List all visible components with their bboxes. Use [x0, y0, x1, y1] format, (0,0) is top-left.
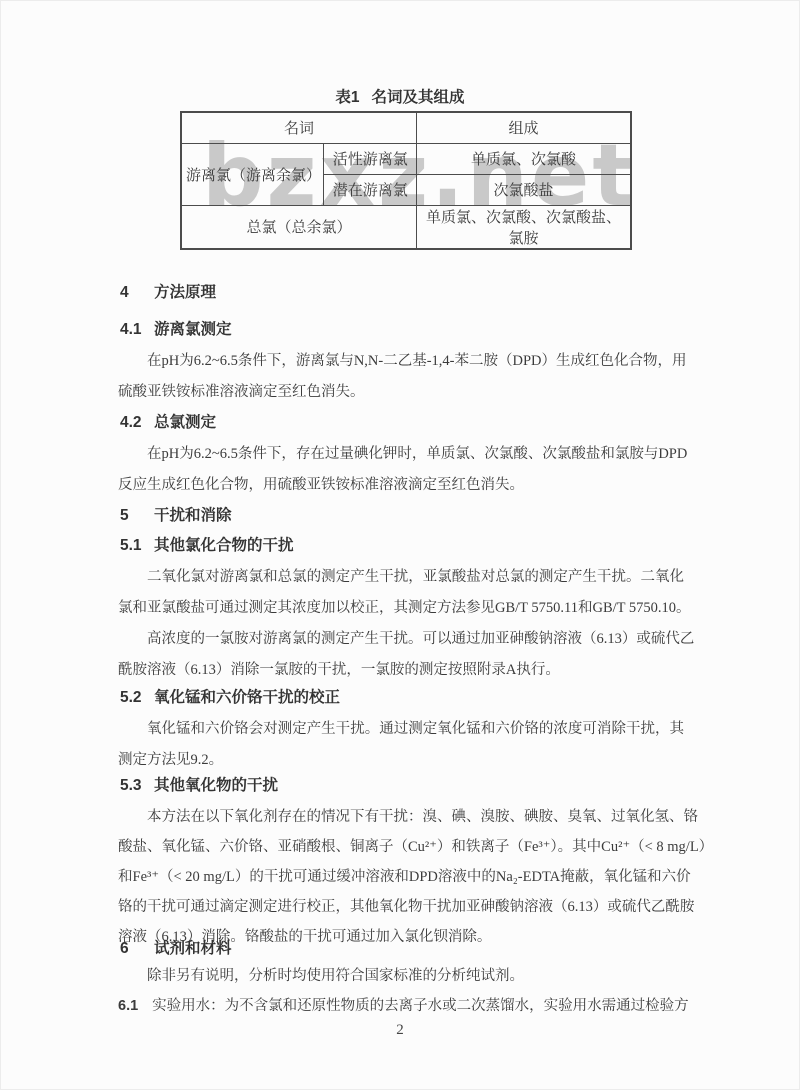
section-number: 4.2 — [120, 412, 146, 434]
cell-potential-free-term: 潜在游离氯 — [324, 174, 417, 205]
text-line: 除非另有说明，分析时均使用符合国家标准的分析纯试剂。 — [118, 961, 684, 992]
cell-total-chlorine-composition: 单质氯、次氯酸、次氯酸盐、氯胺 — [417, 205, 631, 249]
section-heading-4: 4方法原理 — [120, 282, 216, 304]
header-cell-term: 名词 — [181, 112, 417, 143]
text-line: 酰胺溶液（6.13）消除一氯胺的干扰，一氯胺的测定按照附录A执行。 — [118, 655, 684, 686]
paragraph-5-3: 本方法在以下氧化剂存在的情况下有干扰：溴、碘、溴胺、碘胺、臭氧、过氧化氢、铬 酸… — [118, 802, 684, 952]
clause-number: 6.1 — [118, 998, 138, 1014]
section-number: 5.2 — [120, 687, 146, 709]
section-title: 方法原理 — [154, 284, 216, 301]
document-page: bzxz.net 表1名词及其组成 名词 组成 游离氯（游离余氯） 活性游离氯 … — [0, 0, 800, 1090]
paragraph-6-1: 6.1实验用水：为不含氯和还原性物质的去离子水或二次蒸馏水，实验用水需通过检验方 — [118, 991, 684, 1022]
text-line: 反应生成红色化合物，用硫酸亚铁铵标准溶液滴定至红色消失。 — [118, 470, 684, 501]
section-title: 总氯测定 — [154, 414, 216, 431]
paragraph-6-intro: 除非另有说明，分析时均使用符合国家标准的分析纯试剂。 — [118, 961, 684, 992]
clause-text: 实验用水：为不含氯和还原性物质的去离子水或二次蒸馏水，实验用水需通过检验方 — [152, 998, 689, 1014]
text-line: 高浓度的一氯胺对游离氯的测定产生干扰。可以通过加亚砷酸钠溶液（6.13）或硫代乙 — [118, 624, 684, 655]
section-title: 游离氯测定 — [154, 321, 232, 338]
section-heading-6: 6试剂和材料 — [120, 938, 232, 960]
section-number: 6 — [120, 938, 146, 960]
text-line: 在pH为6.2~6.5条件下，游离氯与N,N-二乙基-1,4-苯二胺（DPD）生… — [118, 346, 684, 377]
text-line: 本方法在以下氧化剂存在的情况下有干扰：溴、碘、溴胺、碘胺、臭氧、过氧化氢、铬 — [118, 802, 684, 832]
section-heading-5-3: 5.3其他氧化物的干扰 — [120, 775, 278, 797]
section-heading-5: 5干扰和消除 — [120, 505, 232, 527]
section-title: 干扰和消除 — [154, 507, 232, 524]
paragraph-4-1: 在pH为6.2~6.5条件下，游离氯与N,N-二乙基-1,4-苯二胺（DPD）生… — [118, 346, 684, 408]
paragraph-5-1b: 高浓度的一氯胺对游离氯的测定产生干扰。可以通过加亚砷酸钠溶液（6.13）或硫代乙… — [118, 624, 684, 686]
cell-free-chlorine-group: 游离氯（游离余氯） — [181, 143, 324, 205]
cell-active-free-term: 活性游离氯 — [324, 143, 417, 174]
section-number: 5.3 — [120, 775, 146, 797]
section-number: 4 — [120, 282, 146, 304]
text-line: 氯和亚氯酸盐可通过测定其浓度加以校正，其测定方法参见GB/T 5750.11和G… — [118, 593, 684, 624]
section-number: 5 — [120, 505, 146, 527]
section-number: 4.1 — [120, 319, 146, 341]
text-line: 二氧化氯对游离氯和总氯的测定产生干扰，亚氯酸盐对总氯的测定产生干扰。二氧化 — [118, 562, 684, 593]
section-heading-5-1: 5.1其他氯化合物的干扰 — [120, 535, 294, 557]
text-line: 硫酸亚铁铵标准溶液滴定至红色消失。 — [118, 377, 684, 408]
paragraph-5-2: 氧化锰和六价铬会对测定产生干扰。通过测定氧化锰和六价铬的浓度可消除干扰，其 测定… — [118, 714, 684, 776]
table-header-row: 名词 组成 — [181, 112, 631, 143]
paragraph-4-2: 在pH为6.2~6.5条件下，存在过量碘化钾时，单质氯、次氯酸、次氯酸盐和氯胺与… — [118, 439, 684, 501]
cell-active-free-composition: 单质氯、次氯酸 — [417, 143, 631, 174]
paragraph-5-1a: 二氧化氯对游离氯和总氯的测定产生干扰，亚氯酸盐对总氯的测定产生干扰。二氧化 氯和… — [118, 562, 684, 624]
text-line: 和Fe³⁺（< 20 mg/L）的干扰可通过缓冲溶液和DPD溶液中的Na₂-ED… — [118, 862, 684, 892]
page-number: 2 — [0, 1022, 800, 1039]
table-row: 游离氯（游离余氯） 活性游离氯 单质氯、次氯酸 — [181, 143, 631, 174]
table-caption-label: 表1 — [335, 89, 359, 106]
table-row: 总氯（总余氯） 单质氯、次氯酸、次氯酸盐、氯胺 — [181, 205, 631, 249]
text-line: 测定方法见9.2。 — [118, 745, 684, 776]
table-caption-title: 名词及其组成 — [372, 89, 465, 106]
cell-potential-free-composition: 次氯酸盐 — [417, 174, 631, 205]
text-line: 在pH为6.2~6.5条件下，存在过量碘化钾时，单质氯、次氯酸、次氯酸盐和氯胺与… — [118, 439, 684, 470]
table-caption: 表1名词及其组成 — [0, 85, 800, 107]
terms-table: 名词 组成 游离氯（游离余氯） 活性游离氯 单质氯、次氯酸 潜在游离氯 次氯酸盐… — [180, 111, 632, 250]
text-line: 酸盐、氧化锰、六价铬、亚硝酸根、铜离子（Cu²⁺）和铁离子（Fe³⁺）。其中Cu… — [118, 832, 684, 862]
cell-total-chlorine-term: 总氯（总余氯） — [181, 205, 417, 249]
section-title: 其他氧化物的干扰 — [154, 777, 278, 794]
section-title: 试剂和材料 — [154, 940, 232, 957]
section-heading-5-2: 5.2氧化锰和六价铬干扰的校正 — [120, 687, 340, 709]
text-line: 氧化锰和六价铬会对测定产生干扰。通过测定氧化锰和六价铬的浓度可消除干扰，其 — [118, 714, 684, 745]
section-heading-4-1: 4.1游离氯测定 — [120, 319, 232, 341]
header-cell-composition: 组成 — [417, 112, 631, 143]
section-number: 5.1 — [120, 535, 146, 557]
section-title: 氧化锰和六价铬干扰的校正 — [154, 689, 340, 706]
section-title: 其他氯化合物的干扰 — [154, 537, 294, 554]
text-line: 铬的干扰可通过滴定测定进行校正，其他氧化物干扰加亚砷酸钠溶液（6.13）或硫代乙… — [118, 892, 684, 922]
section-heading-4-2: 4.2总氯测定 — [120, 412, 216, 434]
